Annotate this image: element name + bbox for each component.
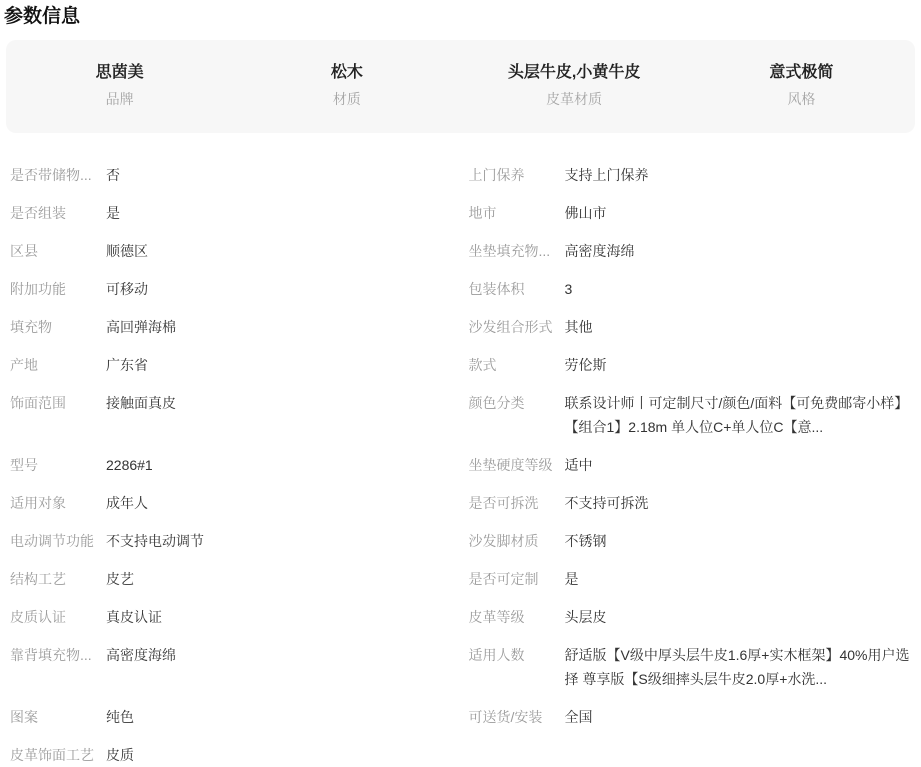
param-value: 3 <box>565 277 916 301</box>
param-label: 是否可定制 <box>469 567 565 591</box>
param-label: 是否可拆洗 <box>469 491 565 515</box>
param-value: 皮质 <box>106 743 457 767</box>
param-row-cell: 是否可定制 是 <box>469 567 916 591</box>
param-label: 图案 <box>10 705 106 729</box>
param-label: 填充物 <box>10 315 106 339</box>
highlight-param-value: 意式极简 <box>698 63 905 83</box>
highlight-param-label: 皮革材质 <box>471 92 678 107</box>
param-row-cell: 适用对象 成年人 <box>10 491 457 515</box>
param-row-cell: 坐垫填充物... 高密度海绵 <box>469 239 916 263</box>
param-row-cell: 上门保养 支持上门保养 <box>469 163 916 187</box>
param-value: 高密度海绵 <box>106 643 457 667</box>
param-label: 附加功能 <box>10 277 106 301</box>
param-label: 地市 <box>469 201 565 225</box>
param-row-cell: 电动调节功能 不支持电动调节 <box>10 529 457 553</box>
param-value: 是 <box>106 201 457 225</box>
highlight-param-cell: 思茵美 品牌 <box>6 63 233 107</box>
param-row-cell: 区县 顺德区 <box>10 239 457 263</box>
param-label: 电动调节功能 <box>10 529 106 553</box>
param-label: 产地 <box>10 353 106 377</box>
param-row-cell: 靠背填充物... 高密度海绵 <box>10 643 457 667</box>
param-value: 接触面真皮 <box>106 391 457 415</box>
param-row-cell: 皮质认证 真皮认证 <box>10 605 457 629</box>
param-label: 是否组装 <box>10 201 106 225</box>
param-value: 支持上门保养 <box>565 163 916 187</box>
params-grid: 是否带储物... 否 上门保养 支持上门保养 是否组装 是 地市 佛山市 区县 … <box>10 163 915 767</box>
param-row-cell: 适用人数 舒适版【V级中厚头层牛皮1.6厚+实木框架】40%用户选择 尊享版【S… <box>469 643 916 691</box>
param-row-cell: 型号 2286#1 <box>10 453 457 477</box>
param-value: 其他 <box>565 315 916 339</box>
param-value: 皮艺 <box>106 567 457 591</box>
param-row-cell: 包装体积 3 <box>469 277 916 301</box>
param-value: 全国 <box>565 705 916 729</box>
param-row-cell: 是否组装 是 <box>10 201 457 225</box>
param-value: 适中 <box>565 453 916 477</box>
param-value: 2286#1 <box>106 453 457 477</box>
param-value: 广东省 <box>106 353 457 377</box>
param-label: 款式 <box>469 353 565 377</box>
param-value: 真皮认证 <box>106 605 457 629</box>
param-label: 皮革饰面工艺 <box>10 743 106 767</box>
param-value: 不支持可拆洗 <box>565 491 916 515</box>
param-row-cell: 沙发脚材质 不锈钢 <box>469 529 916 553</box>
param-label: 是否带储物... <box>10 163 106 187</box>
highlight-param-cell: 松木 材质 <box>233 63 460 107</box>
param-value: 不支持电动调节 <box>106 529 457 553</box>
param-label: 可送货/安装 <box>469 705 565 729</box>
param-label: 坐垫硬度等级 <box>469 453 565 477</box>
param-label: 沙发组合形式 <box>469 315 565 339</box>
param-row-cell: 填充物 高回弹海棉 <box>10 315 457 339</box>
param-row-cell: 沙发组合形式 其他 <box>469 315 916 339</box>
param-value: 佛山市 <box>565 201 916 225</box>
param-label: 靠背填充物... <box>10 643 106 667</box>
param-value: 舒适版【V级中厚头层牛皮1.6厚+实木框架】40%用户选择 尊享版【S级细摔头层… <box>565 643 916 691</box>
param-value: 是 <box>565 567 916 591</box>
param-row-cell: 地市 佛山市 <box>469 201 916 225</box>
param-row-cell: 皮革等级 头层皮 <box>469 605 916 629</box>
param-value: 高回弹海棉 <box>106 315 457 339</box>
param-row-cell: 产地 广东省 <box>10 353 457 377</box>
param-value: 顺德区 <box>106 239 457 263</box>
highlight-param-label: 风格 <box>698 92 905 107</box>
param-value: 成年人 <box>106 491 457 515</box>
param-row-cell: 款式 劳伦斯 <box>469 353 916 377</box>
param-label: 区县 <box>10 239 106 263</box>
param-label: 包装体积 <box>469 277 565 301</box>
param-value: 否 <box>106 163 457 187</box>
param-label: 饰面范围 <box>10 391 106 415</box>
highlight-param-value: 松木 <box>243 63 450 83</box>
page-title: 参数信息 <box>4 6 921 28</box>
param-row-cell: 是否可拆洗 不支持可拆洗 <box>469 491 916 515</box>
param-label: 皮革等级 <box>469 605 565 629</box>
param-label: 皮质认证 <box>10 605 106 629</box>
param-value: 纯色 <box>106 705 457 729</box>
param-label: 适用对象 <box>10 491 106 515</box>
highlight-param-label: 材质 <box>243 92 450 107</box>
param-value: 头层皮 <box>565 605 916 629</box>
param-row-cell: 图案 纯色 <box>10 705 457 729</box>
highlight-param-value: 头层牛皮,小黄牛皮 <box>471 63 678 83</box>
param-label: 颜色分类 <box>469 391 565 415</box>
param-value: 高密度海绵 <box>565 239 916 263</box>
param-label: 坐垫填充物... <box>469 239 565 263</box>
param-row-cell: 饰面范围 接触面真皮 <box>10 391 457 415</box>
highlight-param-cell: 头层牛皮,小黄牛皮 皮革材质 <box>461 63 688 107</box>
highlight-param-cell: 意式极简 风格 <box>688 63 915 107</box>
param-row-cell: 颜色分类 联系设计师丨可定制尺寸/颜色/面料【可免费邮寄小样】 【组合1】2.1… <box>469 391 916 439</box>
param-label: 型号 <box>10 453 106 477</box>
param-label: 沙发脚材质 <box>469 529 565 553</box>
param-row-cell: 坐垫硬度等级 适中 <box>469 453 916 477</box>
param-label: 适用人数 <box>469 643 565 667</box>
param-row-cell: 是否带储物... 否 <box>10 163 457 187</box>
highlight-param-label: 品牌 <box>16 92 223 107</box>
param-row-cell: 皮革饰面工艺 皮质 <box>10 743 457 767</box>
param-value: 联系设计师丨可定制尺寸/颜色/面料【可免费邮寄小样】 【组合1】2.18m 单人… <box>565 391 916 439</box>
param-label: 上门保养 <box>469 163 565 187</box>
param-value: 劳伦斯 <box>565 353 916 377</box>
param-row-cell: 结构工艺 皮艺 <box>10 567 457 591</box>
highlight-param-value: 思茵美 <box>16 63 223 83</box>
param-row-cell: 可送货/安装 全国 <box>469 705 916 729</box>
param-value: 可移动 <box>106 277 457 301</box>
param-row-cell: 附加功能 可移动 <box>10 277 457 301</box>
param-value: 不锈钢 <box>565 529 916 553</box>
param-label: 结构工艺 <box>10 567 106 591</box>
highlight-params: 思茵美 品牌 松木 材质 头层牛皮,小黄牛皮 皮革材质 意式极简 风格 <box>6 40 915 133</box>
product-parameters-page: 参数信息 思茵美 品牌 松木 材质 头层牛皮,小黄牛皮 皮革材质 意式极简 风格… <box>0 0 921 767</box>
